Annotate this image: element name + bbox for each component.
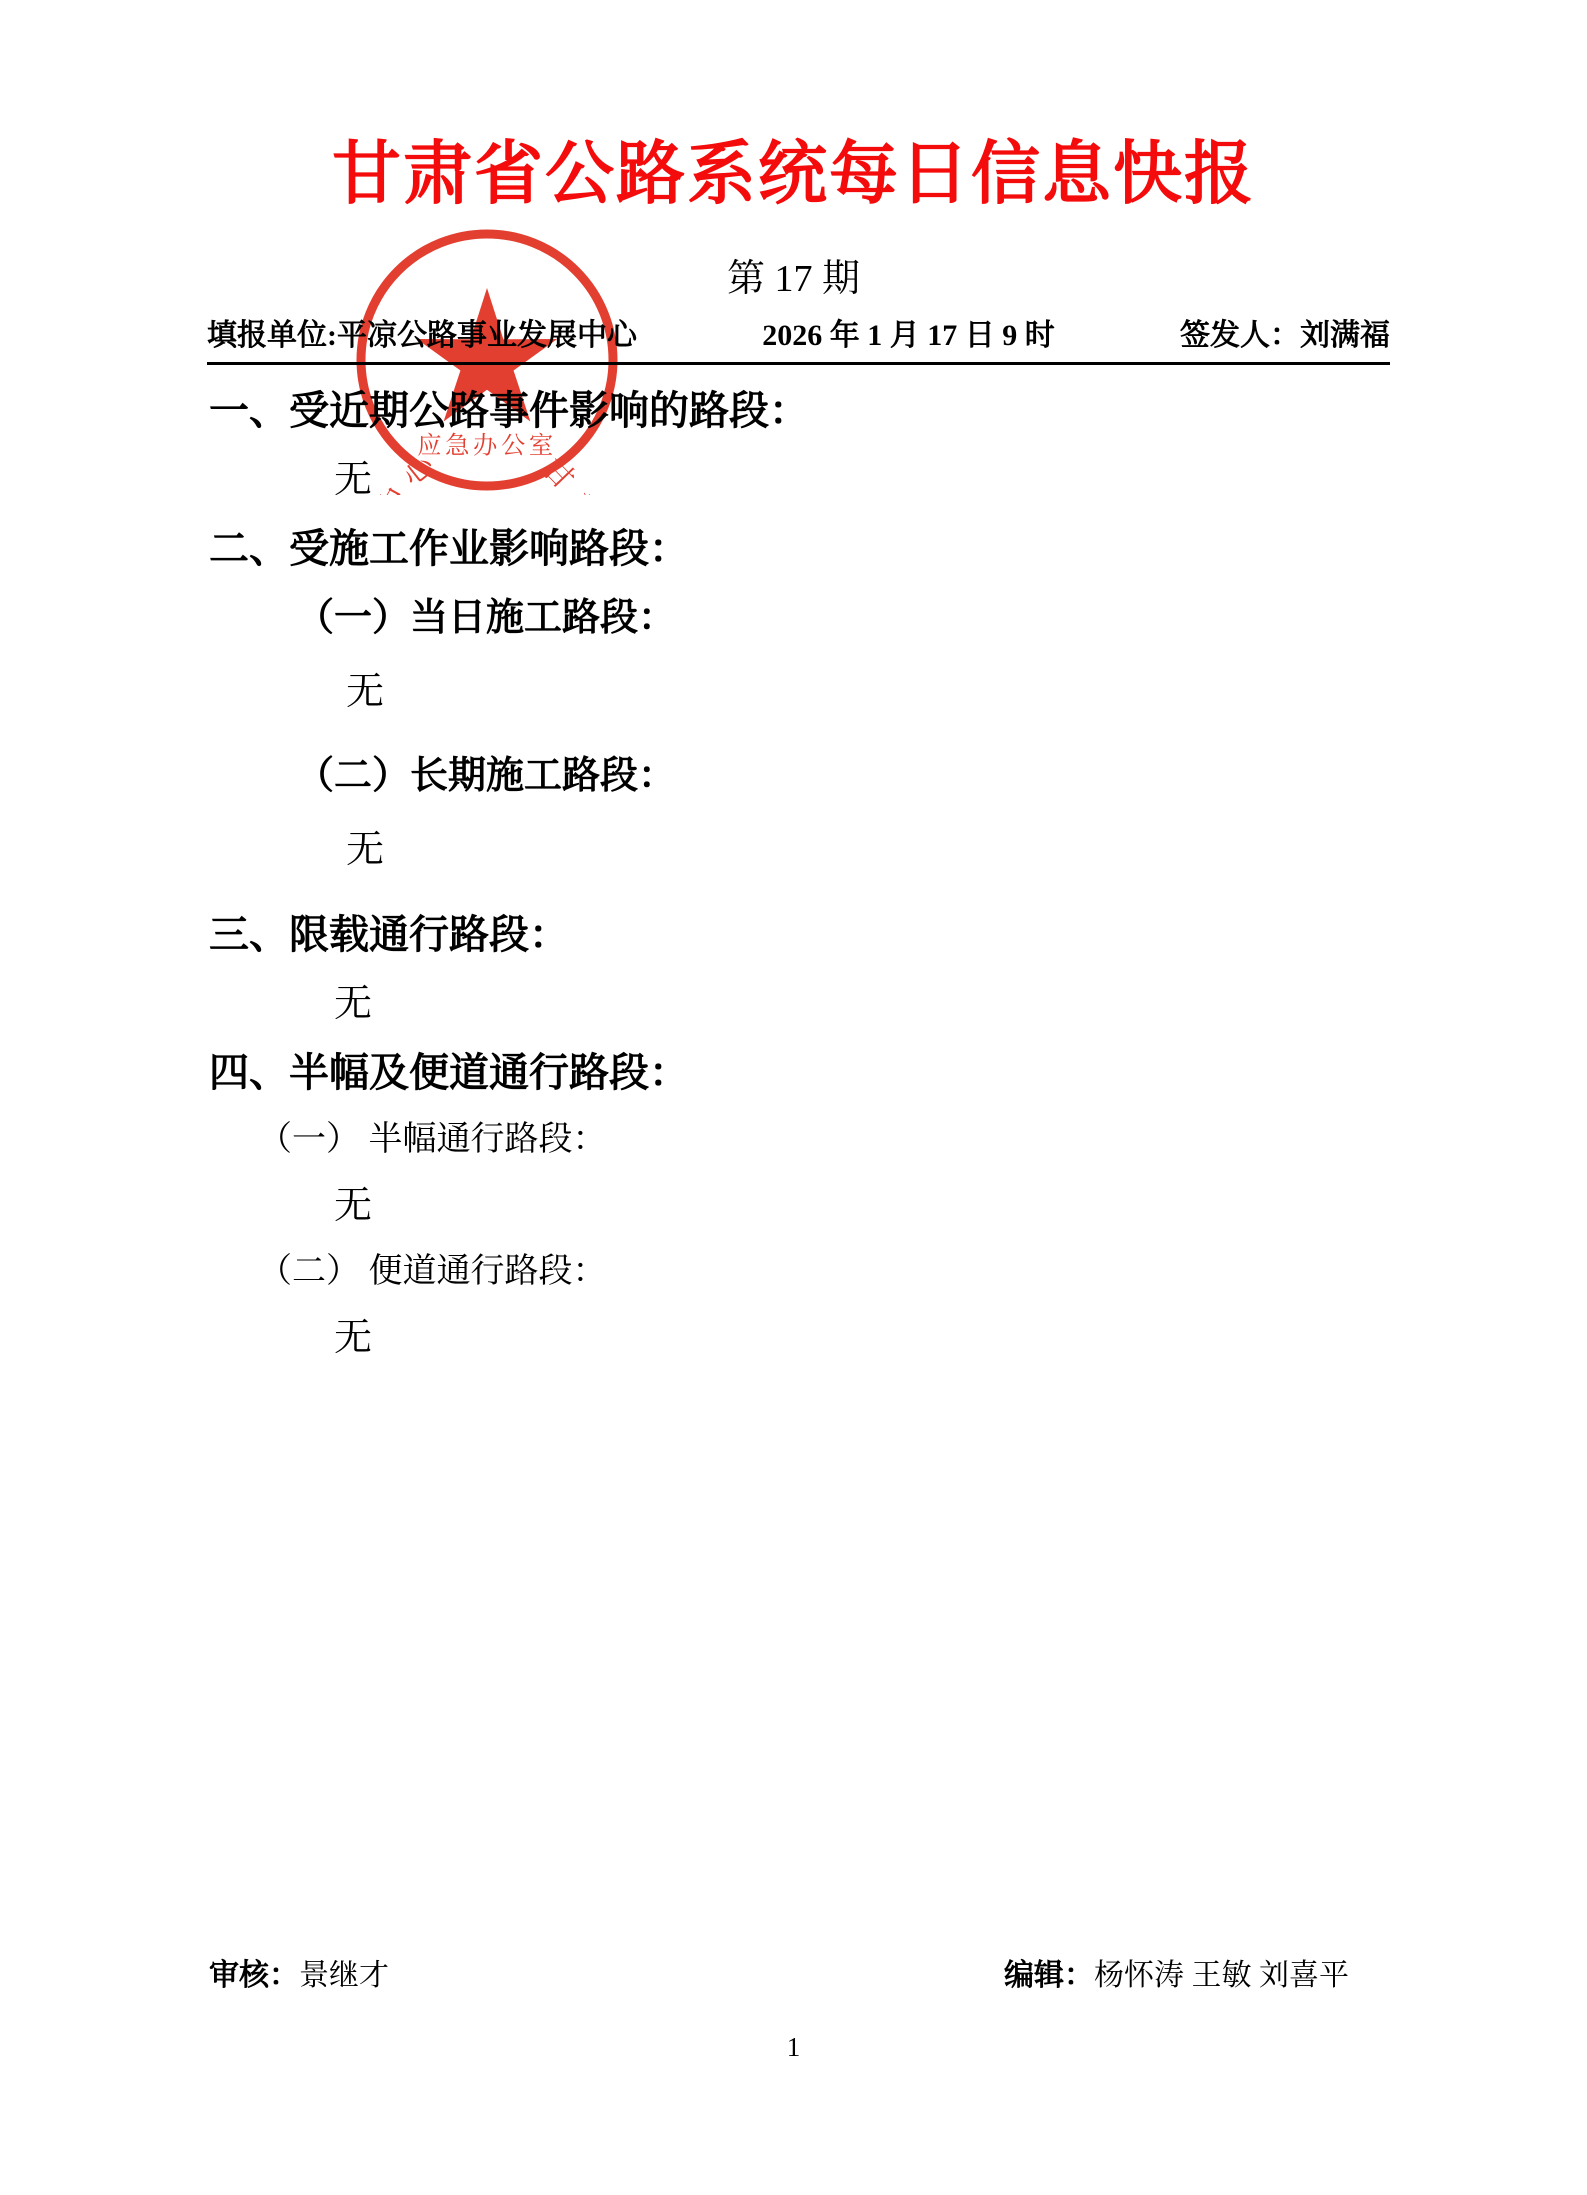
report-signer-name: 刘满福 (1300, 319, 1390, 352)
report-signer: 签发人：刘满福 (1180, 310, 1390, 354)
report-meta-row: 填报单位:平凉公路事业发展中心 2026 年 1 月 17 日 9 时 签发人：… (207, 310, 1390, 365)
report-unit: 填报单位:平凉公路事业发展中心 (207, 310, 637, 354)
editor-names: 杨怀涛 王敏 刘喜平 (1094, 1959, 1349, 1992)
document-page: 甘肃省公路系统每日信息快报 第 17 期 填报单位:平凉公路事业发展中心 202… (0, 0, 1587, 2195)
page-number: 1 (0, 2032, 1587, 2063)
editor-label: 编辑： (1004, 1959, 1094, 1992)
section-content: 无 (334, 1316, 1437, 1360)
editors: 编辑：杨怀涛 王敏 刘喜平 (1004, 1950, 1349, 1994)
section-heading: （二）长期施工路段： (296, 754, 1437, 798)
reviewer-name: 景继才 (299, 1959, 389, 1992)
issue-number: 第 17 期 (0, 247, 1587, 302)
section-content: 无 (334, 982, 1437, 1026)
section-content: 无 (346, 670, 1437, 714)
section-content: 无 (346, 828, 1437, 872)
report-date: 2026 年 1 月 17 日 9 时 (762, 310, 1055, 354)
reviewer: 审核：景继才 (209, 1950, 389, 1994)
report-signer-label: 签发人： (1180, 319, 1300, 352)
section-content: 无 (334, 1184, 1437, 1228)
section-heading: 一、受近期公路事件影响的路段： (209, 388, 1437, 434)
section-heading: （一） 半幅通行路段： (258, 1120, 1437, 1160)
page-title: 甘肃省公路系统每日信息快报 (0, 118, 1587, 217)
report-unit-value: 平凉公路事业发展中心 (337, 319, 637, 352)
section-heading: 二、受施工作业影响路段： (209, 526, 1437, 572)
section-heading: （一）当日施工路段： (296, 596, 1437, 640)
report-unit-label: 填报单位: (207, 319, 337, 352)
footer-row: 审核：景继才 编辑：杨怀涛 王敏 刘喜平 (209, 1950, 1389, 1994)
report-body: 一、受近期公路事件影响的路段：无二、受施工作业影响路段：（一）当日施工路段：无（… (209, 388, 1437, 1384)
section-heading: （二） 便道通行路段： (258, 1252, 1437, 1292)
reviewer-label: 审核： (209, 1959, 299, 1992)
section-heading: 四、半幅及便道通行路段： (209, 1050, 1437, 1096)
section-content: 无 (334, 458, 1437, 502)
section-heading: 三、限载通行路段： (209, 912, 1437, 958)
